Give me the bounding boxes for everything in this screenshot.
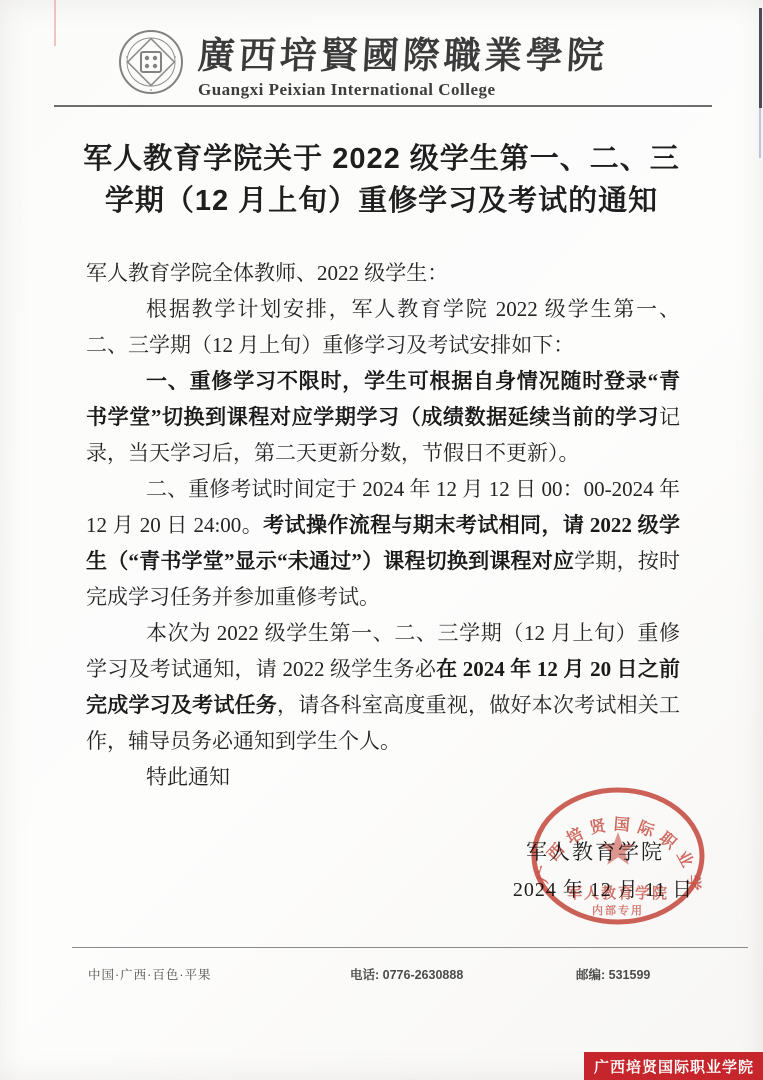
header-divider — [54, 105, 712, 107]
body-paragraph: 本次为 2022 级学生第一、二、三学期（12 月上旬）重修学习及考试通知，请 … — [86, 615, 680, 759]
corner-watermark-badge: 广西培贤国际职业学院 — [584, 1052, 763, 1080]
footer: 中国·广西·百色·平果 电话: 0776-2630888 邮编: 531599 — [0, 962, 763, 986]
notice-title: 军人教育学院关于 2022 级学生第一、二、三学期（12 月上旬）重修学习及考试… — [40, 138, 723, 222]
footer-phone: 电话: 0776-2630888 — [350, 965, 463, 983]
body-paragraph: 一、重修学习不限时，学生可根据自身情况随时登录“青书学堂”切换到课程对应学期学习… — [86, 363, 680, 471]
scan-artifact-right-edge-line — [759, 8, 762, 108]
salutation: 军人教育学院全体教师、2022 级学生： — [86, 255, 680, 291]
notice-body: 军人教育学院全体教师、2022 级学生： 根据教学计划安排，军人教育学院 202… — [86, 255, 680, 795]
emphasized-text: 一、重修学习不限时，学生可根据自身情况随时登录“青书学堂”切换到课程对应学期学习… — [86, 369, 680, 429]
stamp-bottom-text: 内部专用 — [592, 903, 644, 917]
body-text-run: 根据教学计划安排，军人教育学院 2022 级学生第一、二、三学期（12 月上旬）… — [86, 297, 680, 357]
scan-artifact-right-edge-smudge — [759, 108, 761, 158]
body-text-run: 特此通知 — [146, 765, 230, 789]
scan-artifact-left-fold-line — [54, 0, 56, 46]
stamp-star-icon — [601, 832, 636, 865]
college-names: 廣西培賢國際職業學院 Guangxi Peixian International… — [198, 25, 678, 100]
footer-divider — [72, 947, 748, 948]
footer-location: 中国·广西·百色·平果 — [88, 965, 212, 983]
college-seal-icon — [118, 29, 184, 95]
notice-title-line2: 学期（12 月上旬）重修学习及考试的通知 — [105, 185, 658, 217]
college-name-english: Guangxi Peixian International College — [198, 80, 678, 100]
official-red-stamp: 广西培贤国际职业学院 军人教育学院 内部专用 — [530, 786, 706, 926]
body-paragraph: 二、重修考试时间定于 2024 年 12 月 12 日 00：00-2024 年… — [86, 471, 680, 615]
footer-postal-code: 邮编: 531599 — [576, 965, 650, 983]
body-paragraph: 根据教学计划安排，军人教育学院 2022 级学生第一、二、三学期（12 月上旬）… — [86, 291, 680, 363]
notice-title-line1: 军人教育学院关于 2022 级学生第一、二、三 — [83, 143, 680, 175]
scanned-notice-page: 廣西培賢國際職業學院 Guangxi Peixian International… — [0, 0, 763, 1080]
letterhead: 廣西培賢國際職業學院 Guangxi Peixian International… — [118, 22, 678, 102]
college-name-chinese: 廣西培賢國際職業學院 — [197, 25, 680, 79]
stamp-inner-text: 军人教育学院 — [567, 884, 669, 902]
